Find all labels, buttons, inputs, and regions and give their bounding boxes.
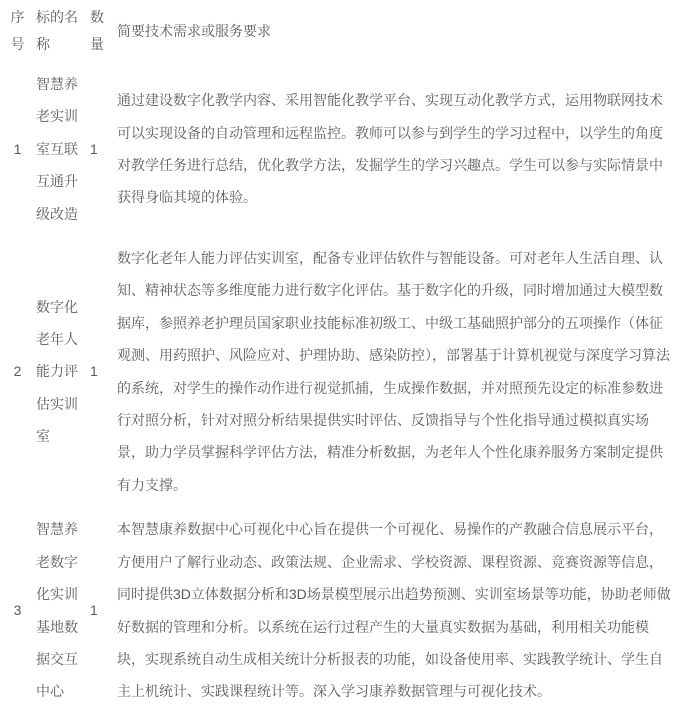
row-requirements: 通过建设数字化教学内容、采用智能化教学平台、实现互动化教学方式，运用物联网技术可… <box>106 62 697 236</box>
procurement-items-table: 序号 标的名称 数量 简要技术需求或服务要求 1 智慧养老实训室互联互通升级改造… <box>0 0 697 714</box>
table-header: 序号 标的名称 数量 简要技术需求或服务要求 <box>0 0 697 62</box>
row-requirements: 本智慧康养数据中心可视化中心旨在提供一个可视化、易操作的产教融合信息展示平台，方… <box>106 507 697 713</box>
row-quantity: 1 <box>80 62 106 236</box>
table-row: 3 智慧养老数字化实训基地数据交互中心 1 本智慧康养数据中心可视化中心旨在提供… <box>0 507 697 713</box>
row-quantity: 1 <box>80 507 106 713</box>
row-serial-number: 3 <box>0 507 28 713</box>
row-item-name: 数字化老年人能力评估实训室 <box>28 236 80 507</box>
table-row: 1 智慧养老实训室互联互通升级改造 1 通过建设数字化教学内容、采用智能化教学平… <box>0 62 697 236</box>
row-quantity: 1 <box>80 236 106 507</box>
table-row: 2 数字化老年人能力评估实训室 1 数字化老年人能力评估实训室，配备专业评估软件… <box>0 236 697 507</box>
row-item-name: 智慧养老实训室互联互通升级改造 <box>28 62 80 236</box>
table-body: 1 智慧养老实训室互联互通升级改造 1 通过建设数字化教学内容、采用智能化教学平… <box>0 62 697 714</box>
column-header-quantity: 数量 <box>80 0 106 62</box>
column-header-item-name: 标的名称 <box>28 0 80 62</box>
row-serial-number: 1 <box>0 62 28 236</box>
column-header-serial-number: 序号 <box>0 0 28 62</box>
row-requirements: 数字化老年人能力评估实训室，配备专业评估软件与智能设备。可对老年人生活自理、认知… <box>106 236 697 507</box>
header-row: 序号 标的名称 数量 简要技术需求或服务要求 <box>0 0 697 62</box>
row-serial-number: 2 <box>0 236 28 507</box>
procurement-requirements-page: 序号 标的名称 数量 简要技术需求或服务要求 1 智慧养老实训室互联互通升级改造… <box>0 0 697 714</box>
row-item-name: 智慧养老数字化实训基地数据交互中心 <box>28 507 80 713</box>
column-header-requirements: 简要技术需求或服务要求 <box>106 0 697 62</box>
